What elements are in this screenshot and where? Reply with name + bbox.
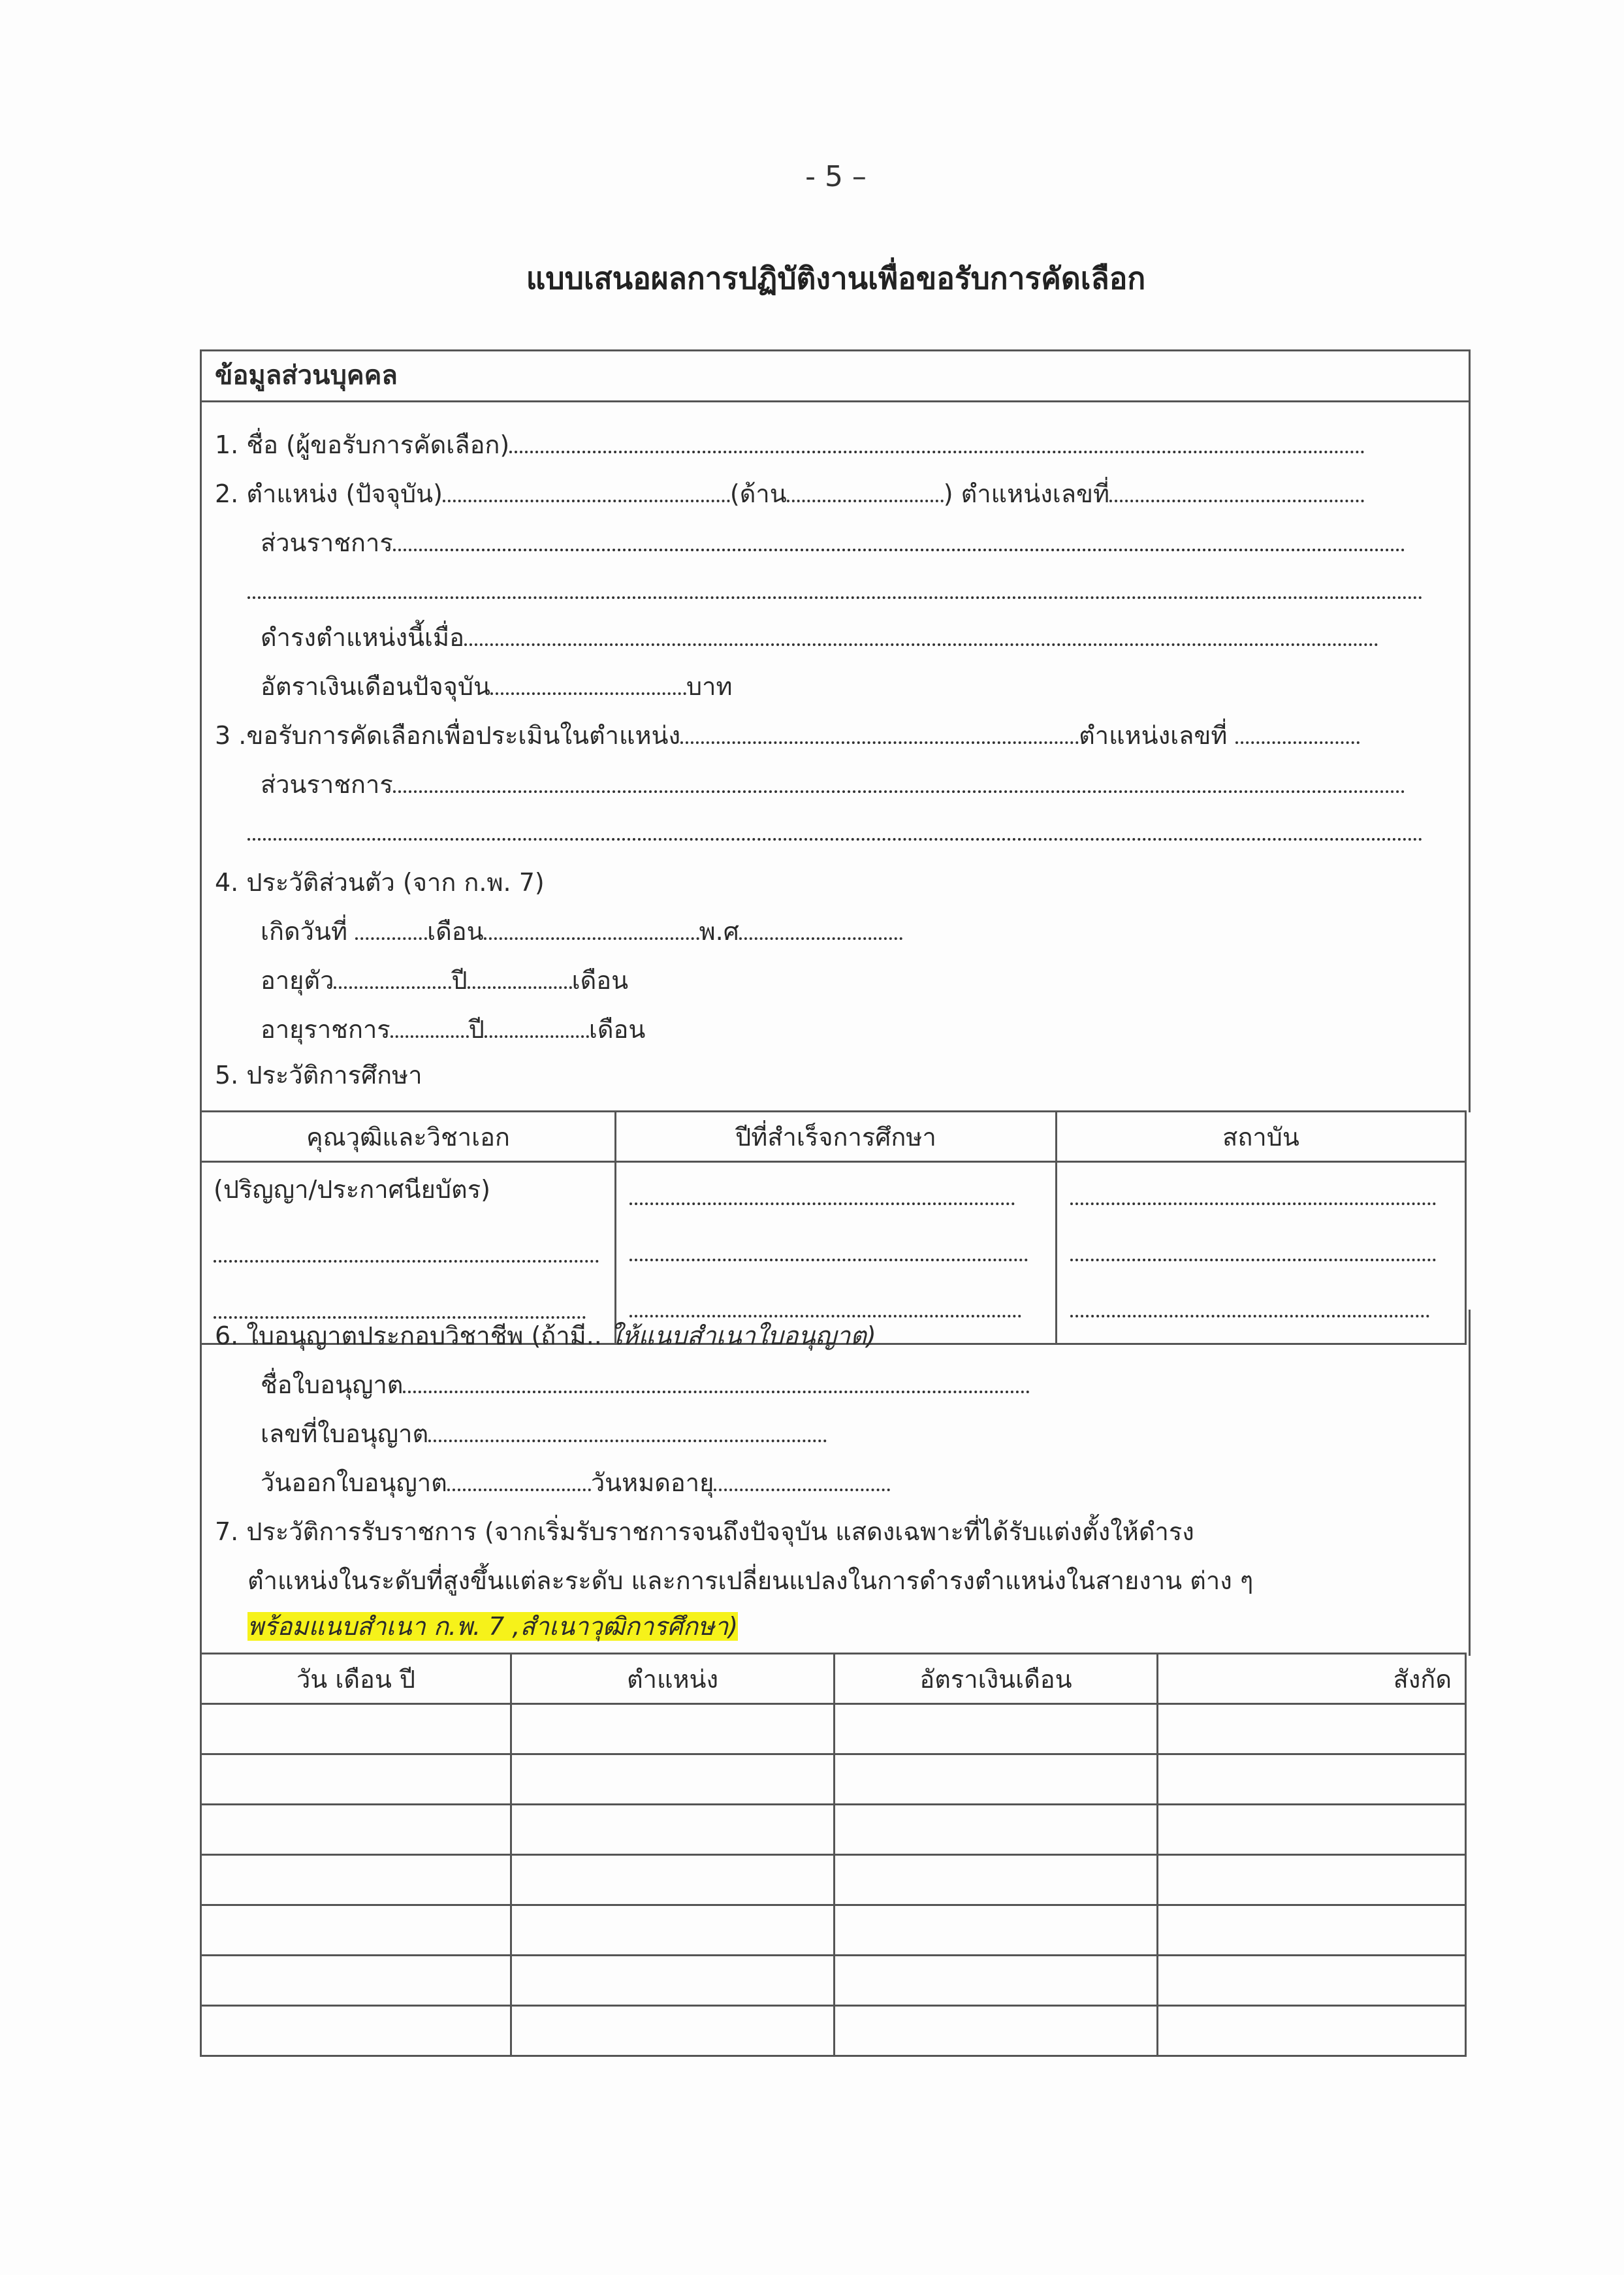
license-name-row: ชื่อใบอนุญาต (261, 1365, 1030, 1404)
career-cell-salary[interactable] (835, 1704, 1158, 1754)
degree-note: (ปริญญา/ประกาศนียบัตร) (214, 1169, 603, 1209)
career-cell-position[interactable] (511, 1905, 835, 1956)
held-since-label: ดำรงตำแหน่งนี้เมื่อ (261, 623, 464, 652)
agency-continue-row (247, 571, 1423, 610)
career-cell-affiliation[interactable] (1158, 1704, 1466, 1754)
career-cell-affiliation[interactable] (1158, 1956, 1466, 2006)
paren: ) (944, 479, 953, 508)
career-cell-affiliation[interactable] (1158, 1805, 1466, 1855)
expiry-date-field[interactable] (714, 1470, 890, 1491)
license-name-field[interactable] (403, 1372, 1030, 1393)
career-cell-position[interactable] (511, 1956, 835, 2006)
age-months-field[interactable] (468, 968, 572, 989)
baht-label: บาท (686, 672, 733, 701)
career-col-affiliation: สังกัด (1158, 1654, 1466, 1704)
birth-month-field[interactable] (484, 919, 699, 940)
career-cell-salary[interactable] (835, 1905, 1158, 1956)
current-position-field[interactable] (443, 481, 730, 502)
license-no-field[interactable] (428, 1421, 827, 1442)
career-cell-position[interactable] (511, 1704, 835, 1754)
age-label: อายุตัว (261, 966, 334, 995)
held-since-row: ดำรงตำแหน่งนี้เมื่อ (261, 618, 1378, 657)
career-cell-salary[interactable] (835, 1754, 1158, 1805)
expiry-date-label: วันหมดอายุ (591, 1468, 714, 1497)
career-cell-position[interactable] (511, 1754, 835, 1805)
career-cell-salary[interactable] (835, 1855, 1158, 1905)
position-no-field-3[interactable] (1235, 723, 1360, 744)
agency3-row: ส่วนราชการ (261, 765, 1405, 804)
birth-row: เกิดวันที่ เดือนพ.ศ (261, 912, 902, 951)
birth-year-field[interactable] (739, 919, 902, 940)
attachment-note-highlight: พร้อมแนบสำเนา ก.พ. 7 ,สำเนาวุฒิการศึกษา) (247, 1612, 738, 1641)
career-table-row (201, 1704, 1466, 1754)
item6-row: 6. ใบอนุญาตประกอบวิชาชีพ (ถ้ามี.. ให้แนบ… (215, 1316, 876, 1355)
qualification-field-2[interactable] (214, 1242, 599, 1263)
education-col-year: ปีที่สำเร็จการศึกษา (616, 1112, 1057, 1162)
age-row: อายุตัวปีเดือน (261, 961, 628, 1000)
item4-row: 4. ประวัติส่วนตัว (จาก ก.พ. 7) (215, 863, 545, 902)
career-cell-date[interactable] (201, 2006, 511, 2056)
career-table-row (201, 1855, 1466, 1905)
service-months-field[interactable] (485, 1017, 589, 1038)
item3-row: 3 .ขอรับการคัดเลือกเพื่อประเมินในตำแหน่ง… (215, 716, 1360, 755)
salary-label: อัตราเงินเดือนปัจจุบัน (261, 672, 490, 701)
career-cell-position[interactable] (511, 1805, 835, 1855)
license-dates-row: วันออกใบอนุญาตวันหมดอายุ (261, 1463, 890, 1502)
career-table-body (201, 1704, 1466, 2056)
birth-day-label: เกิดวันที่ (261, 917, 347, 946)
birth-month-label: เดือน (427, 917, 483, 946)
document-title: แบบเสนอผลการปฏิบัติงานเพื่อขอรับการคัดเล… (0, 255, 1624, 302)
education-label: 5. ประวัติการศึกษา (215, 1061, 422, 1089)
position-no-label-3: ตำแหน่งเลขที่ (1079, 721, 1227, 750)
name-label: 1. ชื่อ (ผู้ขอรับการคัดเลือก) (215, 430, 509, 459)
salary-row: อัตราเงินเดือนปัจจุบันบาท (261, 667, 733, 706)
career-cell-date[interactable] (201, 1754, 511, 1805)
held-since-field[interactable] (464, 625, 1378, 646)
career-cell-date[interactable] (201, 1855, 511, 1905)
career-cell-affiliation[interactable] (1158, 1855, 1466, 1905)
career-cell-affiliation[interactable] (1158, 1905, 1466, 1956)
license-no-label: เลขที่ใบอนุญาต (261, 1419, 428, 1448)
current-position-label: 2. ตำแหน่ง (ปัจจุบัน) (215, 479, 443, 508)
age-month-label: เดือน (572, 966, 628, 995)
item5-row: 5. ประวัติการศึกษา (215, 1056, 422, 1095)
career-col-position: ตำแหน่ง (511, 1654, 835, 1704)
issue-date-field[interactable] (447, 1470, 591, 1491)
service-month-label: เดือน (589, 1015, 645, 1044)
career-table-row (201, 1754, 1466, 1805)
issue-date-label: วันออกใบอนุญาต (261, 1468, 447, 1497)
license-and-career-section: 6. ใบอนุญาตประกอบวิชาชีพ (ถ้ามี.. ให้แนบ… (200, 1310, 1471, 1656)
license-name-label: ชื่อใบอนุญาต (261, 1370, 403, 1399)
position-no-field[interactable] (1109, 481, 1364, 502)
agency-field-3-line2[interactable] (247, 820, 1423, 841)
birth-year-label: พ.ศ (699, 917, 739, 946)
section-header: ข้อมูลส่วนบุคคล (202, 351, 1469, 402)
career-table-row (201, 1905, 1466, 1956)
year-field-1[interactable] (629, 1184, 1015, 1205)
field-side-field[interactable] (787, 481, 944, 502)
birth-day-field[interactable] (355, 919, 427, 940)
item7-line1: 7. ประวัติการรับราชการ (จากเริ่มรับราชกา… (215, 1512, 1194, 1551)
career-cell-salary[interactable] (835, 1956, 1158, 2006)
career-cell-affiliation[interactable] (1158, 1754, 1466, 1805)
item7-highlight-row: พร้อมแนบสำเนา ก.พ. 7 ,สำเนาวุฒิการศึกษา) (247, 1607, 738, 1646)
career-cell-salary[interactable] (835, 1805, 1158, 1855)
name-field[interactable] (509, 432, 1365, 453)
career-table-row (201, 1956, 1466, 2006)
position-no-label: ตำแหน่งเลขที่ (961, 479, 1109, 508)
license-note: ให้แนบสำเนาใบอนุญาต) (602, 1321, 876, 1350)
salary-field[interactable] (490, 674, 686, 695)
service-years-field[interactable] (390, 1017, 469, 1038)
career-cell-date[interactable] (201, 1704, 511, 1754)
item7-line2: ตำแหน่งในระดับที่สูงขึ้นแต่ละระดับ และกา… (247, 1561, 1253, 1600)
career-col-date: วัน เดือน ปี (201, 1654, 511, 1704)
agency-row: ส่วนราชการ (261, 523, 1405, 562)
agency-field-3[interactable] (393, 772, 1405, 793)
institution-field-1[interactable] (1070, 1184, 1436, 1205)
license-no-row: เลขที่ใบอนุญาต (261, 1414, 827, 1453)
service-age-label: อายุราชการ (261, 1015, 390, 1044)
service-age-row: อายุราชการปีเดือน (261, 1010, 645, 1049)
item1-row: 1. ชื่อ (ผู้ขอรับการคัดเลือก) (215, 425, 1365, 464)
education-col-qualification: คุณวุฒิและวิชาเอก (201, 1112, 616, 1162)
requested-position-field[interactable] (680, 723, 1079, 744)
personal-history-label: 4. ประวัติส่วนตัว (จาก ก.พ. 7) (215, 868, 545, 897)
agency-label-3: ส่วนราชการ (261, 770, 393, 799)
year-field-2[interactable] (629, 1240, 1028, 1261)
career-cell-date[interactable] (201, 1805, 511, 1855)
age-years-field[interactable] (334, 968, 451, 989)
career-cell-date[interactable] (201, 1905, 511, 1956)
career-table-row (201, 2006, 1466, 2056)
license-label: 6. ใบอนุญาตประกอบวิชาชีพ (ถ้ามี.. (215, 1321, 602, 1350)
career-cell-position[interactable] (511, 1855, 835, 1905)
personal-info-section: ข้อมูลส่วนบุคคล 1. ชื่อ (ผู้ขอรับการคัดเ… (200, 349, 1471, 1112)
agency3-continue-row (247, 813, 1423, 852)
career-cell-position[interactable] (511, 2006, 835, 2056)
item2-row: 2. ตำแหน่ง (ปัจจุบัน)(ด้าน) ตำแหน่งเลขที… (215, 474, 1364, 513)
institution-field-2[interactable] (1070, 1240, 1436, 1261)
education-col-institution: สถาบัน (1057, 1112, 1466, 1162)
service-year-label: ปี (469, 1015, 485, 1044)
agency-label: ส่วนราชการ (261, 528, 393, 557)
career-cell-salary[interactable] (835, 2006, 1158, 2056)
page-number: - 5 – (0, 160, 1624, 193)
field-side-label: (ด้าน (730, 479, 787, 508)
agency-field-line2[interactable] (247, 578, 1423, 599)
career-table-row (201, 1805, 1466, 1855)
career-col-salary: อัตราเงินเดือน (835, 1654, 1158, 1704)
career-history-table: วัน เดือน ปี ตำแหน่ง อัตราเงินเดือน สังก… (200, 1653, 1467, 2057)
career-cell-date[interactable] (201, 1956, 511, 2006)
agency-field[interactable] (393, 530, 1405, 551)
requested-position-label: 3 .ขอรับการคัดเลือกเพื่อประเมินในตำแหน่ง (215, 721, 680, 750)
career-cell-affiliation[interactable] (1158, 2006, 1466, 2056)
age-year-label: ปี (451, 966, 467, 995)
